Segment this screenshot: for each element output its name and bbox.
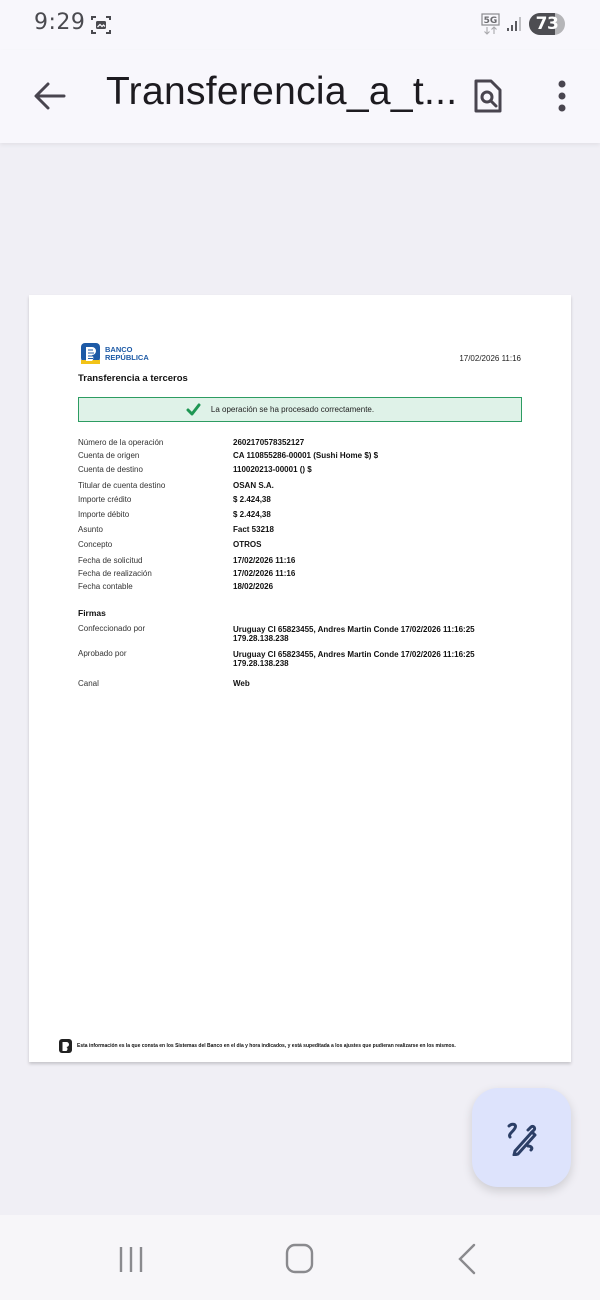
detail-value: 2602170578352127 [233,438,553,447]
detail-label: Fecha de realización [78,569,228,578]
back-button[interactable] [28,74,72,118]
recents-icon [117,1244,147,1274]
success-banner: La operación se ha procesado correctamen… [78,397,522,422]
detail-label: Fecha de solicitud [78,556,228,565]
document-heading: Transferencia a terceros [78,373,188,384]
detail-value: 17/02/2026 11:16 [233,569,553,578]
detail-label: Concepto [78,540,228,549]
detail-value: 17/02/2026 11:16 [233,556,553,565]
more-vertical-icon [557,80,567,112]
signature-ip: 179.28.138.238 [233,634,553,643]
success-message: La operación se ha procesado correctamen… [211,405,374,414]
detail-value: OSAN S.A. [233,481,553,490]
app-bar: Transferencia_a_t... [0,50,600,143]
detail-value: OTROS [233,540,553,549]
signature-pen-icon [504,1120,540,1156]
detail-label: Número de la operación [78,438,228,447]
detail-label: Importe débito [78,510,228,519]
document-date: 17/02/2026 11:16 [459,354,521,363]
signal-strength-icon [506,16,522,37]
screenshot-icon [90,14,112,41]
detail-label: Fecha contable [78,582,228,591]
signature-value: Uruguay CI 65823455, Andres Martin Conde… [233,625,553,643]
detail-value: 18/02/2026 [233,582,553,591]
pdf-page: BANCO REPÚBLICA 17/02/2026 11:16 Transfe… [29,295,571,1062]
signature-label: Confeccionado por [78,624,228,633]
channel-value: Web [233,679,553,688]
checkmark-icon [186,403,201,416]
find-in-document-button[interactable] [466,74,510,118]
detail-label: Asunto [78,525,228,534]
recents-button[interactable] [102,1239,162,1279]
back-icon [456,1243,480,1275]
detail-label: Cuenta de origen [78,451,228,460]
status-bar: 9:29 5G 73 [0,0,600,50]
signature-ip: 179.28.138.238 [233,659,553,668]
document-title: Transferencia_a_t... [106,70,457,114]
more-options-button[interactable] [540,74,584,118]
detail-value: 110020213-00001 () $ [233,465,553,474]
detail-value: Fact 53218 [233,525,553,534]
signature-line1: Uruguay CI 65823455, Andres Martin Conde… [233,625,553,634]
detail-label: Importe crédito [78,495,228,504]
channel-label: Canal [78,679,228,688]
bank-logo: BANCO REPÚBLICA [81,343,149,364]
system-navigation-bar [0,1215,600,1300]
signature-label: Aprobado por [78,649,228,658]
bank-name: BANCO REPÚBLICA [105,346,149,362]
home-icon [285,1243,315,1275]
network-5g-icon: 5G [481,13,501,40]
signature-line1: Uruguay CI 65823455, Andres Martin Conde… [233,650,553,659]
banco-republica-logo-icon [81,343,100,364]
home-button[interactable] [270,1239,330,1279]
bank-footer-icon [59,1039,72,1053]
signature-value: Uruguay CI 65823455, Andres Martin Conde… [233,650,553,668]
arrow-left-icon [33,81,67,111]
detail-value: $ 2.424,38 [233,495,553,504]
detail-label: Titular de cuenta destino [78,481,228,490]
detail-value: CA 110855286-00001 (Sushi Home $) $ [233,451,553,460]
detail-value: $ 2.424,38 [233,510,553,519]
battery-percent: 73 [529,14,565,34]
sign-document-button[interactable] [472,1088,571,1187]
svg-text:5G: 5G [484,16,498,26]
nav-back-button[interactable] [438,1239,498,1279]
document-footer: Esta información es la que consta en los… [59,1039,456,1053]
footer-disclaimer: Esta información es la que consta en los… [77,1043,456,1049]
detail-label: Cuenta de destino [78,465,228,474]
find-in-file-icon [472,78,504,114]
status-time: 9:29 [34,10,85,35]
battery-indicator: 73 [529,13,565,35]
signatures-heading: Firmas [78,608,106,618]
